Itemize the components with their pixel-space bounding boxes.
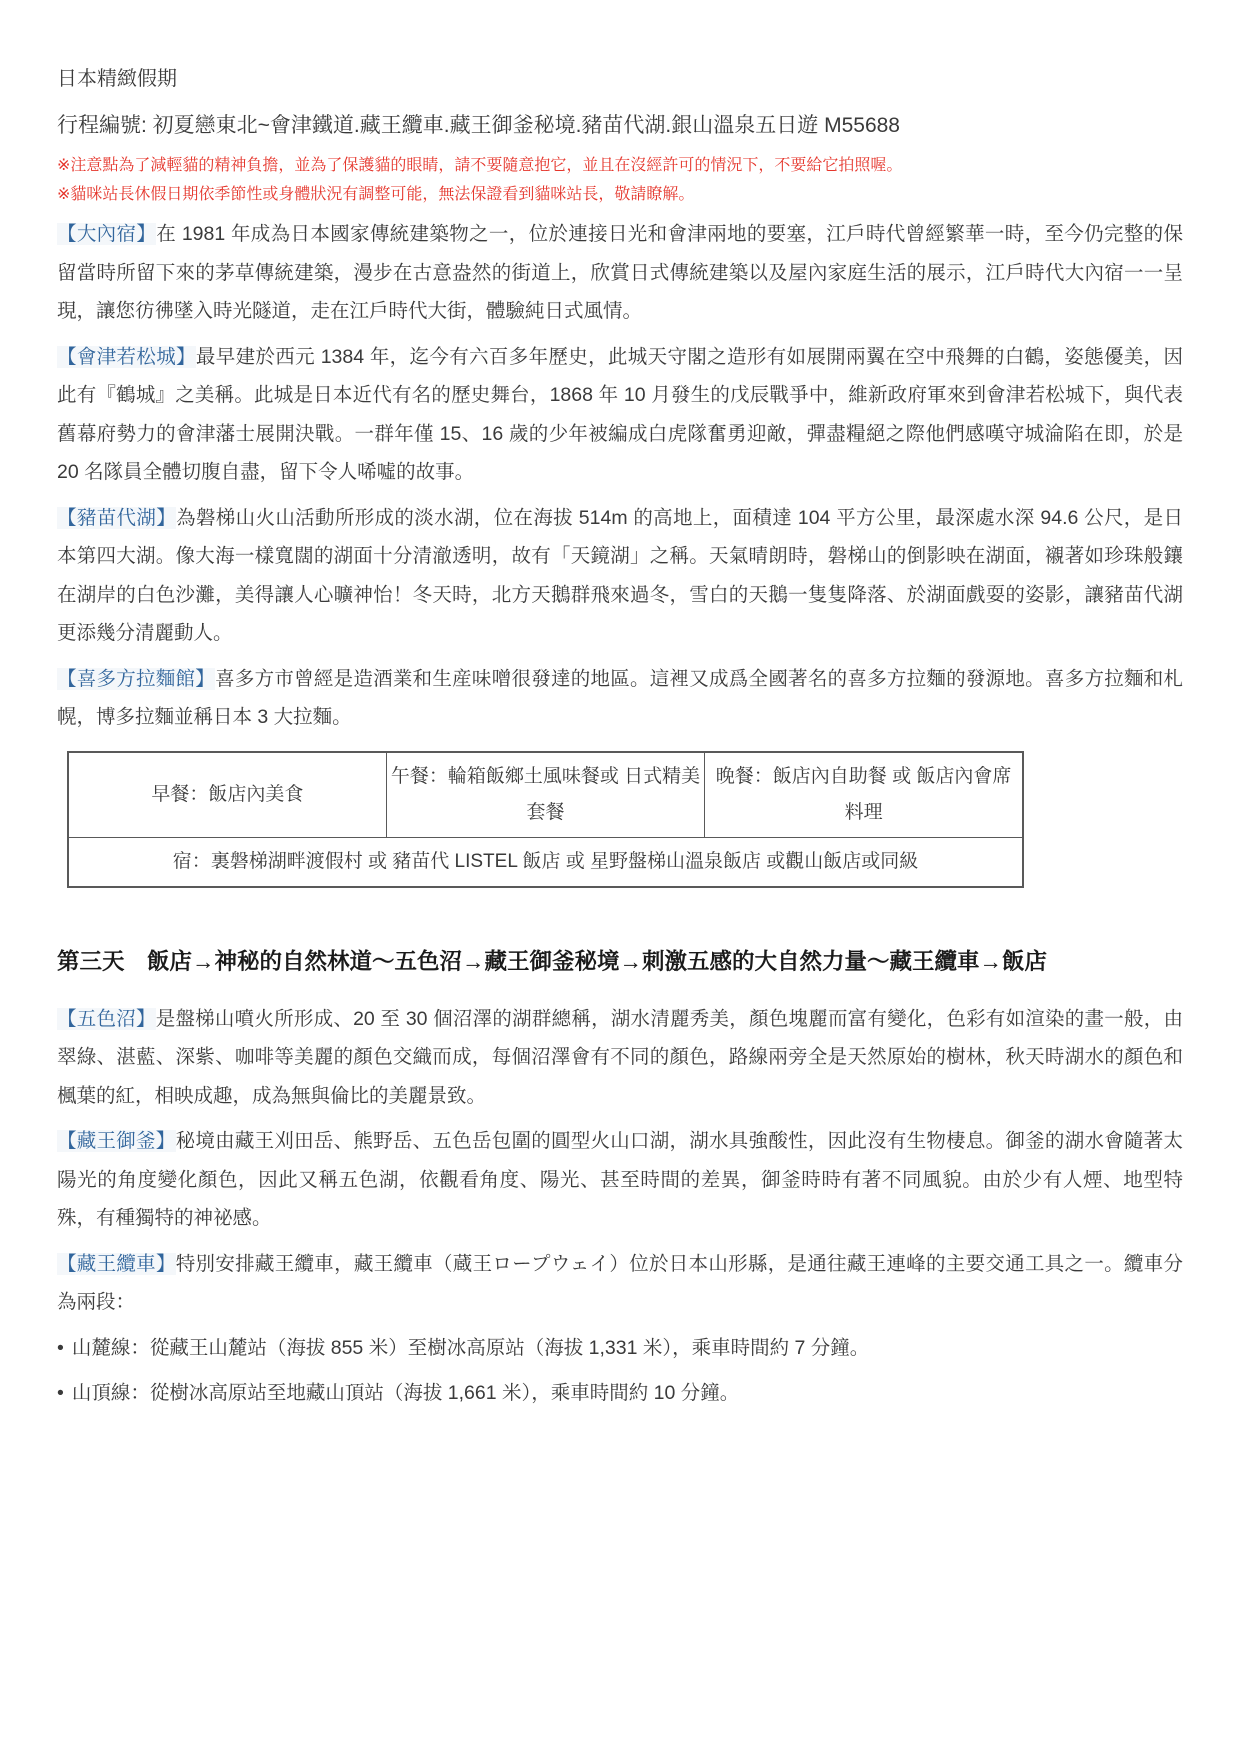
meal-table: 早餐：飯店內美食 午餐：輪箱飯鄉土風味餐或 日式精美套餐 晚餐：飯店內自助餐 或… <box>67 751 1024 888</box>
paragraph-aizuwakamatsu-castle: 【會津若松城】最早建於西元 1384 年，迄今有六百多年歷史，此城天守閣之造形有… <box>57 338 1183 492</box>
bullet-icon: • <box>57 1337 64 1359</box>
ropeway-line-sancho: •山頂線：從樹冰高原站至地藏山頂站（海拔 1,661 米），乘車時間約 10 分… <box>57 1374 1183 1413</box>
breakfast-cell: 早餐：飯店內美食 <box>68 752 386 838</box>
attraction-text: 在 1981 年成為日本國家傳統建築物之一，位於連接日光和會津兩地的要塞，江戶時… <box>57 223 1183 322</box>
attraction-text: 喜多方市曾經是造酒業和生産味噌很發達的地區。這裡又成爲全國著名的喜多方拉麵的發源… <box>57 668 1183 729</box>
attraction-text: 特別安排藏王纜車，藏王纜車（蔵王ロープウェイ）位於日本山形縣，是通往藏王連峰的主… <box>57 1253 1183 1314</box>
ropeway-line-sanroku: •山麓線：從藏王山麓站（海拔 855 米）至樹冰高原站（海拔 1,331 米），… <box>57 1329 1183 1368</box>
day3-heading: 第三天 飯店→神秘的自然林道～五色沼→藏王御釜秘境→刺激五感的大自然力量～藏王纜… <box>57 940 1183 984</box>
attraction-text: 為磐梯山火山活動所形成的淡水湖，位在海拔 514m 的高地上，面積達 104 平… <box>57 507 1183 645</box>
page-title: 日本精緻假期 <box>57 64 1183 94</box>
paragraph-ouchijuku: 【大內宿】在 1981 年成為日本國家傳統建築物之一，位於連接日光和會津兩地的要… <box>57 215 1183 331</box>
notices-block: ※注意點為了減輕貓的精神負擔，並為了保護貓的眼睛，請不要隨意抱它，並且在沒經許可… <box>57 151 1183 209</box>
attraction-tag: 【喜多方拉麵館】 <box>57 668 215 690</box>
bullet-icon: • <box>57 1382 64 1404</box>
attraction-text: 最早建於西元 1384 年，迄今有六百多年歷史，此城天守閣之造形有如展開兩翼在空… <box>57 346 1183 484</box>
attraction-text: 秘境由藏王刈田岳、熊野岳、五色岳包圍的圓型火山口湖，湖水具強酸性，因此沒有生物棲… <box>57 1130 1183 1229</box>
paragraph-lake-inawashiro: 【豬苗代湖】為磐梯山火山活動所形成的淡水湖，位在海拔 514m 的高地上，面積達… <box>57 499 1183 653</box>
attraction-text: 是盤梯山噴火所形成、20 至 30 個沼澤的湖群總稱，湖水清麗秀美，顏色塊麗而富… <box>57 1008 1183 1107</box>
document-page: 日本精緻假期 行程編號: 初夏戀東北~會津鐵道.藏王纜車.藏王御釜秘境.豬苗代湖… <box>0 0 1241 1754</box>
lodging-cell: 宿：裏磐梯湖畔渡假村 或 豬苗代 LISTEL 飯店 或 星野盤梯山溫泉飯店 或… <box>68 837 1023 887</box>
itinerary-code-line: 行程編號: 初夏戀東北~會津鐵道.藏王纜車.藏王御釜秘境.豬苗代湖.銀山溫泉五日… <box>57 110 1183 141</box>
attraction-tag: 【藏王御釜】 <box>57 1130 176 1152</box>
notice-line: ※貓咪站長休假日期依季節性或身體狀況有調整可能，無法保證看到貓咪站長，敬請瞭解。 <box>57 180 1183 209</box>
paragraph-zao-ropeway: 【藏王纜車】特別安排藏王纜車，藏王纜車（蔵王ロープウェイ）位於日本山形縣，是通往… <box>57 1245 1183 1322</box>
attraction-tag: 【豬苗代湖】 <box>57 507 176 529</box>
lodging-row: 宿：裏磐梯湖畔渡假村 或 豬苗代 LISTEL 飯店 或 星野盤梯山溫泉飯店 或… <box>68 837 1023 887</box>
attraction-tag: 【五色沼】 <box>57 1008 156 1030</box>
notice-line: ※注意點為了減輕貓的精神負擔，並為了保護貓的眼睛，請不要隨意抱它，並且在沒經許可… <box>57 151 1183 180</box>
lunch-cell: 午餐：輪箱飯鄉土風味餐或 日式精美套餐 <box>386 752 704 838</box>
meal-row: 早餐：飯店內美食 午餐：輪箱飯鄉土風味餐或 日式精美套餐 晚餐：飯店內自助餐 或… <box>68 752 1023 838</box>
attraction-tag: 【藏王纜車】 <box>57 1253 176 1275</box>
attraction-tag: 【大內宿】 <box>57 223 156 245</box>
paragraph-kitakata-ramen: 【喜多方拉麵館】喜多方市曾經是造酒業和生産味噌很發達的地區。這裡又成爲全國著名的… <box>57 660 1183 737</box>
paragraph-zao-okama: 【藏王御釜】秘境由藏王刈田岳、熊野岳、五色岳包圍的圓型火山口湖，湖水具強酸性，因… <box>57 1122 1183 1238</box>
dinner-cell: 晚餐：飯店內自助餐 或 飯店內會席料理 <box>705 752 1023 838</box>
paragraph-goshikinuma: 【五色沼】是盤梯山噴火所形成、20 至 30 個沼澤的湖群總稱，湖水清麗秀美，顏… <box>57 1000 1183 1116</box>
bullet-text: 山頂線：從樹冰高原站至地藏山頂站（海拔 1,661 米），乘車時間約 10 分鐘… <box>72 1382 739 1404</box>
attraction-tag: 【會津若松城】 <box>57 346 196 368</box>
bullet-text: 山麓線：從藏王山麓站（海拔 855 米）至樹冰高原站（海拔 1,331 米），乘… <box>72 1337 869 1359</box>
